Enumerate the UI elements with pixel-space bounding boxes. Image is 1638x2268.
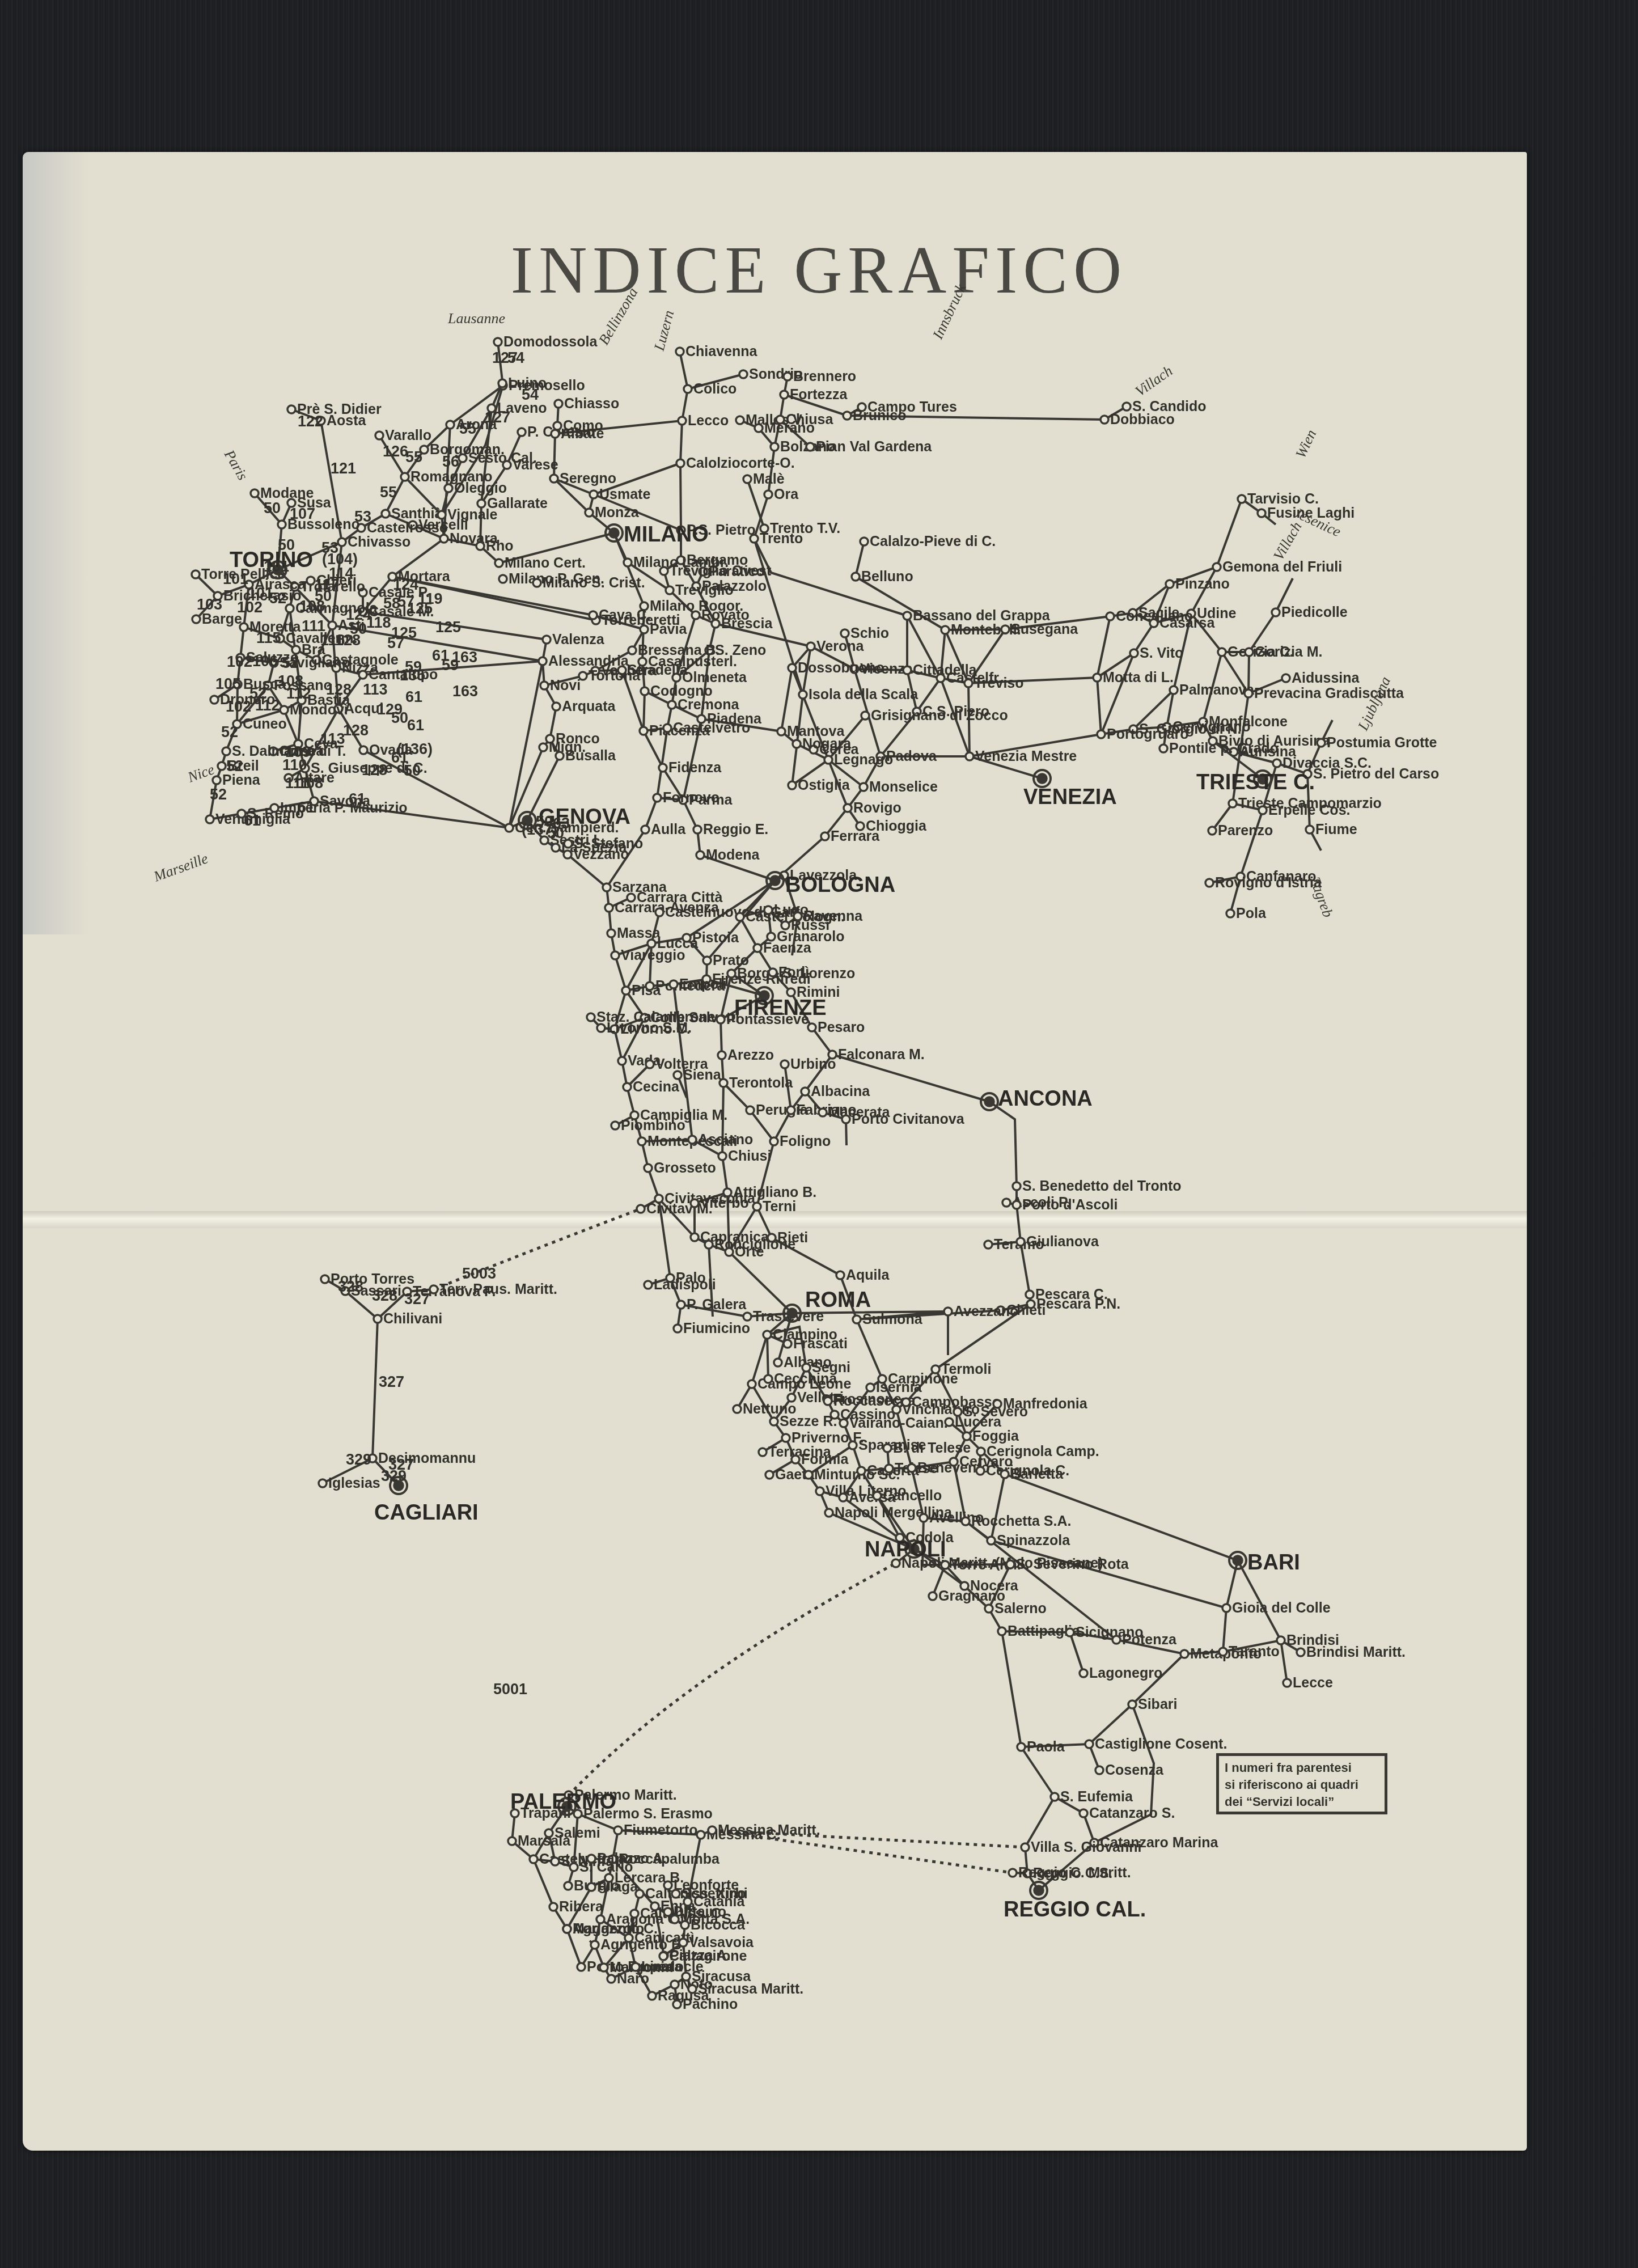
route-number: 125	[435, 619, 461, 636]
city-dot-icon	[788, 1309, 797, 1318]
station[interactable]: Iglesias	[319, 1475, 380, 1491]
station[interactable]: Fornovo	[653, 790, 719, 806]
station-marker-icon	[793, 740, 801, 748]
station-label: Aquila	[846, 1267, 890, 1283]
city-dot-icon	[771, 876, 780, 885]
station[interactable]: Vezzano	[564, 847, 629, 862]
station[interactable]: Caltagirone	[659, 1948, 747, 1964]
station[interactable]: Fortezza	[780, 387, 848, 403]
station-marker-icon	[684, 385, 692, 393]
station-label: Grosseto	[654, 1160, 716, 1176]
station[interactable]: Tortona	[579, 668, 641, 684]
city-bari[interactable]: BARI	[1229, 1551, 1300, 1575]
route-number: 55	[380, 484, 397, 501]
station[interactable]: Milano Cert.	[495, 555, 586, 571]
station-marker-icon	[860, 538, 868, 545]
station[interactable]: P. Galera	[677, 1297, 747, 1313]
station-label: Varese	[513, 457, 558, 473]
route-number: 63	[553, 815, 570, 832]
station[interactable]: Monselice	[860, 779, 938, 795]
station[interactable]: Venezia Mestre	[966, 748, 1077, 764]
station[interactable]: Chiasso	[555, 396, 619, 412]
station[interactable]: Erpelle Cos.	[1259, 802, 1351, 818]
station-marker-icon	[551, 1857, 559, 1865]
station[interactable]: Barletta	[1001, 1466, 1064, 1482]
station-label: Spinazzola	[997, 1533, 1070, 1548]
city-dot-icon	[1034, 1886, 1043, 1895]
station[interactable]: Chilivani	[374, 1311, 442, 1327]
station[interactable]: Milano S. Crist.	[533, 575, 645, 591]
station[interactable]: Cerignola Camp.	[977, 1444, 1099, 1459]
station-label: Fiume	[1315, 822, 1357, 837]
station-marker-icon	[1066, 1628, 1074, 1636]
city-ancona[interactable]: ANCONA	[981, 1087, 1093, 1111]
city-bologna[interactable]: BOLOGNA	[767, 872, 895, 897]
station-marker-icon	[769, 968, 777, 976]
station[interactable]: Taranto	[1219, 1644, 1280, 1660]
station[interactable]: Fiumetorto	[614, 1822, 698, 1838]
station[interactable]: Cava C.	[589, 607, 651, 623]
station[interactable]: Fiumicino	[674, 1321, 750, 1336]
station[interactable]: Gragnano	[929, 1588, 1005, 1604]
route-number: 50	[350, 620, 367, 637]
station-marker-icon	[637, 1205, 645, 1213]
station-marker-icon	[962, 1517, 970, 1525]
station[interactable]: S. Candido	[1123, 399, 1207, 414]
station-marker-icon	[508, 1837, 516, 1845]
route-number: 5001	[493, 1681, 527, 1698]
station[interactable]: Spinazzola	[987, 1533, 1070, 1548]
station-marker-icon	[776, 416, 784, 424]
route-number: 50	[264, 500, 281, 517]
station[interactable]: Castelvetro	[663, 720, 750, 736]
route-number: 126	[383, 443, 408, 460]
station-label: Frascati	[793, 1336, 848, 1352]
station[interactable]: Frascati	[784, 1336, 848, 1352]
station[interactable]: Magazzolo	[563, 1921, 644, 1937]
station[interactable]: Porto Civitanova	[842, 1111, 965, 1127]
station[interactable]: Calalzo-Pieve di C.	[860, 534, 996, 549]
station[interactable]: Gorizia M.	[1245, 644, 1322, 660]
route-number: 102	[237, 599, 263, 616]
station-marker-icon	[1001, 625, 1009, 633]
station-marker-icon	[638, 1137, 646, 1145]
station-label: Urbino	[790, 1056, 836, 1072]
station-label: Brindisi Maritt.	[1306, 1644, 1406, 1660]
station[interactable]: B. di Telese	[883, 1440, 971, 1456]
station-label: Piena	[222, 772, 261, 788]
station[interactable]: Castiglione Cosent.	[1085, 1736, 1227, 1752]
station[interactable]: Gemona del Friuli	[1213, 559, 1342, 575]
station[interactable]: Alessandria	[539, 653, 629, 669]
station[interactable]: Catania	[684, 1894, 745, 1910]
station-label: Valsavoia	[689, 1935, 754, 1950]
station-marker-icon	[841, 629, 849, 637]
station[interactable]: Brennero	[784, 369, 856, 384]
station[interactable]: Pachino	[673, 1996, 738, 2012]
station-marker-icon	[555, 400, 562, 408]
station-marker-icon	[788, 664, 796, 672]
station-label: Bressana B.	[638, 642, 720, 658]
station-label: Lecce	[1293, 1675, 1333, 1691]
station[interactable]: Busalla	[556, 748, 616, 764]
route-number: 108	[278, 672, 303, 689]
station[interactable]: Giulianova	[1017, 1234, 1099, 1250]
station[interactable]: S. Pietro del Carso	[1303, 766, 1439, 782]
station-marker-icon	[611, 1122, 619, 1129]
railway-network-map: DomodossolaPremoselloAronaBorgoman.Varal…	[0, 0, 1638, 2268]
destination-label: Marseille	[151, 850, 210, 885]
station-marker-icon	[641, 687, 649, 695]
station[interactable]: Valsavoia	[679, 1935, 754, 1950]
station-label: S. Candido	[1132, 399, 1207, 414]
station[interactable]: Gallarate	[477, 496, 548, 511]
station-marker-icon	[505, 824, 513, 832]
station-marker-icon	[338, 538, 346, 546]
station-marker-icon	[688, 1985, 696, 1993]
station[interactable]: Cremona	[668, 697, 739, 713]
station[interactable]: Cecchina	[764, 1371, 837, 1387]
station-marker-icon	[564, 850, 572, 858]
station[interactable]: Calolziocorte-O.	[676, 455, 795, 471]
station-label: Caltagirone	[669, 1948, 747, 1964]
station[interactable]: Palazzo A.	[587, 1851, 667, 1867]
station[interactable]: Usmate	[590, 486, 650, 502]
station[interactable]: Imperia P. Maurizio	[270, 800, 408, 816]
station[interactable]: Terr. Paus. Maritt.	[430, 1281, 557, 1297]
station[interactable]: Messina Maritt.	[708, 1822, 820, 1838]
station[interactable]: Lecco	[678, 413, 729, 429]
station[interactable]: Porto d'Ascoli	[1013, 1197, 1118, 1213]
station-label: Varallo	[385, 428, 431, 443]
station[interactable]: Siracusa Maritt.	[688, 1981, 803, 1997]
station-marker-icon	[770, 1137, 778, 1145]
station-marker-icon	[861, 712, 869, 720]
station-marker-icon	[1205, 879, 1213, 887]
station[interactable]: Bicocca	[681, 1917, 746, 1933]
station[interactable]: Sezze R.	[770, 1414, 837, 1429]
station[interactable]: Fidenza	[659, 760, 722, 776]
station[interactable]: Seregno	[550, 471, 616, 486]
station[interactable]: Parenzo	[1208, 823, 1273, 839]
station[interactable]: Cancello	[873, 1488, 942, 1504]
station[interactable]: Avezzano	[944, 1304, 1018, 1319]
station-marker-icon	[570, 1863, 578, 1871]
station-marker-icon	[774, 1359, 782, 1366]
station[interactable]: Postumia Grotte	[1317, 735, 1437, 751]
route-number: 125	[391, 624, 417, 641]
station-label: Porto d'Ascoli	[1022, 1197, 1118, 1213]
station[interactable]: Casarsa	[1150, 615, 1215, 631]
station-marker-icon	[251, 489, 259, 497]
station[interactable]: Asciano	[688, 1132, 753, 1148]
station-marker-icon	[673, 2000, 681, 2008]
station[interactable]: Treviglio Ovest	[660, 563, 772, 579]
station-marker-icon	[641, 826, 649, 833]
station-marker-icon	[693, 826, 701, 833]
station[interactable]: Staz. Calambrone	[587, 1009, 716, 1025]
station-marker-icon	[1026, 1290, 1034, 1298]
station[interactable]: Bressana B.	[628, 642, 720, 658]
station[interactable]: Aquila	[836, 1267, 890, 1283]
station-marker-icon	[782, 1434, 790, 1442]
station-label: Giulianova	[1026, 1234, 1099, 1250]
station[interactable]: Villa S. Giovanni	[1021, 1839, 1141, 1855]
station[interactable]: Cosenza	[1095, 1762, 1164, 1778]
station[interactable]: Lecce	[1283, 1675, 1333, 1691]
station[interactable]: Carrara Città	[627, 890, 723, 905]
station[interactable]: Grisignano di Zocco	[861, 708, 1008, 723]
destination-label: Paris	[221, 447, 251, 483]
city-dot-icon	[985, 1097, 994, 1106]
station-label: Foligno	[780, 1133, 831, 1149]
station[interactable]: Piombino	[611, 1118, 685, 1133]
destination-label: Villach	[1270, 519, 1305, 563]
station-label: Asciano	[698, 1132, 753, 1148]
station-label: Sibari	[1138, 1696, 1177, 1712]
station-label: Cancello	[883, 1488, 942, 1504]
station-marker-icon	[655, 908, 663, 916]
station-label: Avezzano	[954, 1304, 1018, 1319]
station[interactable]: Dossobuono	[788, 660, 884, 676]
station[interactable]: Reggio E.	[693, 822, 768, 837]
station[interactable]: Rovigno d'Istria	[1205, 875, 1322, 891]
station[interactable]: Sibari	[1128, 1696, 1177, 1712]
station[interactable]: Ladispoli	[644, 1277, 716, 1293]
station-marker-icon	[697, 1831, 705, 1839]
destination-label: Zagreb	[1306, 874, 1336, 920]
station-label: Arezzo	[727, 1047, 774, 1063]
station-label: Mantova	[787, 723, 845, 739]
station[interactable]: Chiavenna	[676, 344, 758, 359]
station[interactable]: Urbino	[781, 1056, 836, 1072]
station[interactable]: Legnago	[824, 752, 893, 768]
station-marker-icon	[987, 1537, 995, 1545]
station[interactable]: Manfredonia	[993, 1396, 1088, 1412]
station-marker-icon	[1123, 403, 1131, 411]
station-label: Reggio E.	[703, 822, 768, 837]
station-marker-icon	[1222, 1604, 1230, 1612]
route-number: 52	[221, 723, 238, 741]
station[interactable]: Rocchetta S.A.	[962, 1513, 1071, 1529]
station-marker-icon	[672, 1890, 680, 1898]
station-marker-icon	[1017, 1238, 1025, 1246]
station-marker-icon	[873, 1492, 881, 1500]
station-label: Cosenza	[1105, 1762, 1164, 1778]
station[interactable]: Piedicolle	[1272, 604, 1348, 620]
station-marker-icon	[668, 701, 676, 709]
station[interactable]: Mantova	[777, 723, 845, 739]
station[interactable]: Aidussina	[1282, 670, 1360, 686]
station[interactable]: Domodossola	[494, 334, 598, 350]
station-marker-icon	[623, 1083, 631, 1091]
station[interactable]: Palmanova	[1170, 682, 1255, 698]
station[interactable]: Chiusi	[718, 1148, 771, 1164]
station-marker-icon	[781, 1060, 789, 1068]
station[interactable]: Brunico	[843, 408, 906, 424]
route-number: 50	[278, 536, 295, 553]
station[interactable]: Albacina	[801, 1084, 870, 1099]
station[interactable]: Motta di L.	[1093, 670, 1174, 686]
station-label: Rovigo	[853, 800, 901, 816]
city-milano[interactable]: MILANO	[606, 523, 709, 547]
station[interactable]: Brindisi Maritt.	[1297, 1644, 1406, 1660]
station-marker-icon	[787, 1106, 795, 1114]
city-napoli[interactable]: NAPOLI	[865, 1538, 946, 1562]
station[interactable]: Vairano-Caian.	[840, 1415, 948, 1431]
station-marker-icon	[781, 921, 789, 929]
station-label: Fidenza	[668, 760, 722, 776]
station-marker-icon	[1009, 1869, 1017, 1877]
station-marker-icon	[628, 646, 636, 654]
station-marker-icon	[866, 1383, 874, 1391]
station-label: Gallarate	[487, 496, 548, 511]
station-marker-icon	[696, 851, 704, 859]
station-marker-icon	[660, 567, 668, 575]
station-marker-icon	[770, 1417, 778, 1425]
station[interactable]: Treviglio	[666, 582, 734, 598]
station[interactable]: S. Eufemia	[1051, 1789, 1133, 1805]
station-marker-icon	[1085, 1740, 1093, 1748]
station-marker-icon	[683, 934, 691, 942]
station[interactable]: Pian Val Gardena	[806, 439, 932, 455]
route-number: 121	[331, 460, 356, 477]
station[interactable]: Terontola	[719, 1075, 793, 1091]
station[interactable]: Arezzo	[718, 1047, 774, 1063]
station-marker-icon	[240, 623, 248, 631]
station-marker-icon	[192, 570, 200, 578]
route-number: 103	[197, 596, 222, 613]
station-marker-icon	[499, 575, 507, 583]
station-label: Orte	[735, 1244, 764, 1260]
station[interactable]: Pontile p. Grado	[1159, 741, 1279, 756]
station-label: Cerignola Camp.	[987, 1444, 1099, 1459]
station-marker-icon	[787, 988, 795, 996]
station[interactable]: Ostiglia	[788, 777, 850, 793]
station[interactable]: Reggio C. Maritt.	[1009, 1865, 1131, 1881]
station[interactable]: Belluno	[852, 569, 913, 585]
station-label: Trento T.V.	[770, 521, 840, 536]
station[interactable]: Catanzaro S.	[1080, 1805, 1175, 1821]
station-marker-icon	[632, 1963, 640, 1971]
station-label: Granarolo	[777, 929, 844, 945]
route-number: 54	[507, 349, 524, 366]
station-marker-icon	[440, 535, 448, 543]
station[interactable]: Salerno	[985, 1601, 1047, 1617]
station-marker-icon	[792, 1455, 799, 1463]
station-marker-icon	[725, 1248, 733, 1256]
station[interactable]: Oleggio	[445, 480, 507, 496]
station-marker-icon	[551, 430, 559, 438]
station[interactable]: Ravenna	[794, 908, 863, 924]
station-marker-icon	[750, 535, 758, 543]
station[interactable]: Pinzano	[1166, 576, 1230, 592]
station[interactable]: Trento T.V.	[760, 521, 840, 536]
station-marker-icon	[476, 542, 484, 550]
route-number: 107	[290, 505, 315, 522]
station[interactable]: Barge	[192, 611, 242, 627]
city-venezia[interactable]: VENEZIA	[1023, 770, 1117, 809]
station[interactable]: Granarolo	[767, 929, 844, 945]
station-marker-icon	[849, 1441, 857, 1449]
station-label: Pachino	[683, 1996, 738, 2012]
station-marker-icon	[648, 1992, 656, 2000]
station-marker-icon	[438, 511, 446, 519]
city-trieste-c-[interactable]: TRIESTE C.	[1196, 771, 1315, 794]
city-dot-icon	[610, 528, 619, 538]
city-palermo[interactable]: PALERMO	[510, 1790, 616, 1815]
station-marker-icon	[717, 1015, 725, 1023]
city-reggio-cal-[interactable]: REGGIO CAL.	[1004, 1882, 1146, 1922]
station[interactable]: Foligno	[770, 1133, 831, 1149]
station[interactable]: Modena	[696, 847, 760, 863]
station[interactable]: Gioia del Colle	[1222, 1600, 1331, 1616]
station-marker-icon	[806, 443, 814, 451]
station-label: Cecchina	[774, 1371, 837, 1387]
station-marker-icon	[1229, 799, 1237, 807]
station-marker-icon	[328, 621, 336, 629]
station[interactable]: Portogruaro	[1097, 726, 1188, 742]
station-marker-icon	[1208, 827, 1216, 835]
station[interactable]: Falconara M.	[828, 1047, 925, 1063]
station-marker-icon	[600, 1964, 608, 1971]
station-marker-icon	[760, 524, 768, 532]
station-marker-icon	[1170, 686, 1178, 694]
station-marker-icon	[808, 1023, 816, 1031]
station-label: Ora	[774, 486, 799, 502]
destination-label: Lausanne	[447, 310, 505, 327]
station[interactable]: Susegana	[1001, 621, 1078, 637]
station-marker-icon	[374, 1315, 382, 1323]
station-label: Ostiglia	[798, 777, 850, 793]
station[interactable]: Chivasso	[338, 534, 410, 550]
station-marker-icon	[755, 424, 763, 432]
station-marker-icon	[727, 970, 735, 978]
station[interactable]: Monza	[585, 505, 640, 521]
station-marker-icon	[585, 509, 593, 517]
station[interactable]: S. Benedetto del Tronto	[1013, 1178, 1182, 1194]
station[interactable]: Decimomannu	[369, 1450, 476, 1466]
station[interactable]: Lagonegro	[1080, 1665, 1162, 1681]
station[interactable]: Grosseto	[644, 1160, 716, 1176]
station-marker-icon	[1006, 1560, 1014, 1568]
station[interactable]: Sulmona	[853, 1311, 923, 1327]
station[interactable]: S. Severino Rota	[1006, 1556, 1129, 1572]
station[interactable]: Isola della Scala	[799, 687, 919, 703]
station-label: Pian Val Gardena	[816, 439, 932, 455]
station-marker-icon	[1095, 1766, 1103, 1774]
station-marker-icon	[944, 1308, 952, 1315]
station-marker-icon	[937, 674, 945, 682]
route-number: 105	[215, 675, 241, 692]
station-label: Chiusi	[728, 1148, 771, 1164]
station[interactable]: Tarvisio C.	[1238, 491, 1319, 507]
city-dot-icon	[1038, 774, 1047, 783]
station-label: Dossobuono	[798, 660, 884, 676]
station-label: Valenza	[552, 632, 605, 648]
station[interactable]: Potenza	[1112, 1632, 1177, 1648]
station-label: Belluno	[861, 569, 913, 585]
station-marker-icon	[1273, 759, 1281, 767]
route-number: 102	[226, 698, 251, 715]
station[interactable]: Arquata	[552, 699, 616, 714]
station[interactable]: Colico	[684, 381, 737, 397]
station-marker-icon	[824, 756, 832, 764]
station[interactable]: Valenza	[543, 632, 605, 648]
station-marker-icon	[618, 1057, 626, 1065]
station-marker-icon	[664, 1881, 672, 1889]
station[interactable]: Cantalupo	[359, 667, 438, 683]
